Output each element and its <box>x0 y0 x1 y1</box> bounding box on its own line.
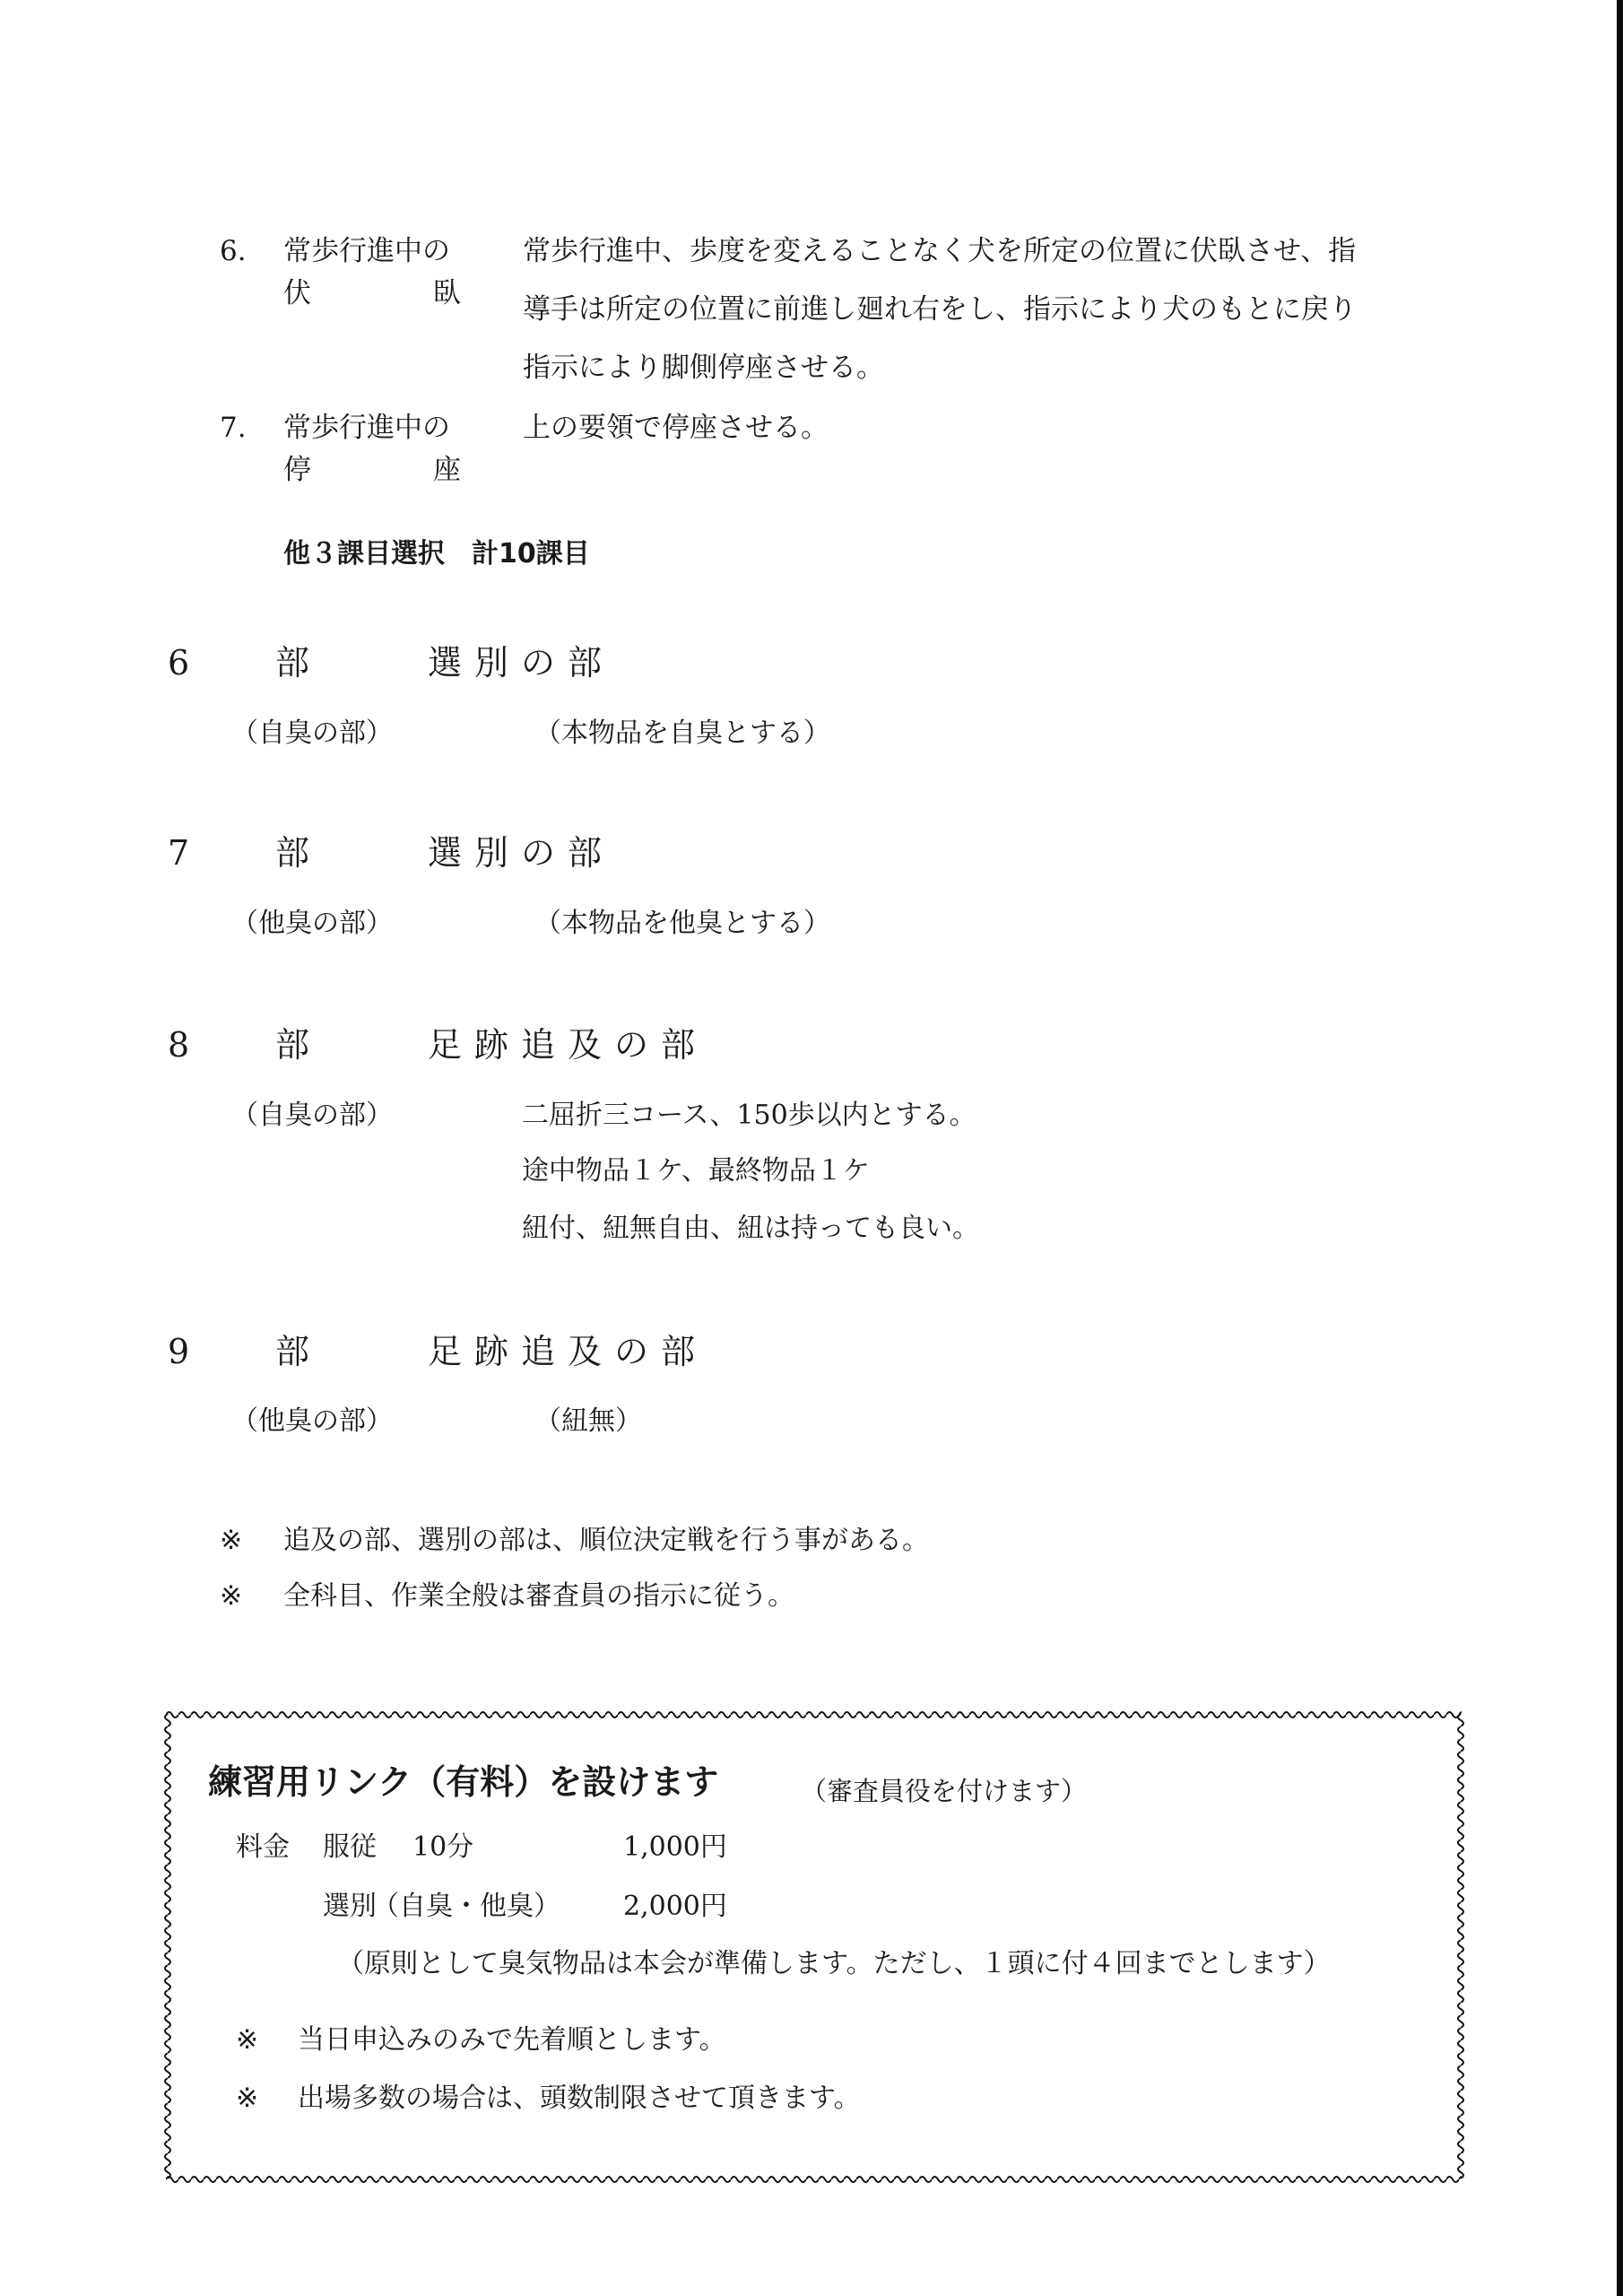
note-mark: ※ <box>220 1527 242 1554</box>
fee-item: 選別 <box>323 1893 377 1920</box>
item-description-line: 指示により脚側停座させる。 <box>523 354 884 382</box>
section-detail: （本物品を自臭とする） <box>534 720 830 747</box>
section-number: 6 <box>168 646 202 680</box>
selection-summary: 他３課目選択 計10課目 <box>283 531 590 570</box>
fee-item: 服従 <box>323 1834 377 1861</box>
section-number: 8 <box>168 1028 202 1062</box>
item-label-left: 伏 <box>283 280 311 308</box>
section-title: 足跡追及の部 <box>428 1335 707 1369</box>
scan-edge-bar <box>1617 0 1623 2296</box>
section-sub-label: （自臭の部） <box>231 720 393 747</box>
section-bu: 部 <box>275 1028 322 1062</box>
item-description-line: 上の要領で停座させる。 <box>523 414 829 442</box>
fee-note: （原則として臭気物品は本会が準備します。ただし、１頭に付４回までとします） <box>337 1951 1331 1978</box>
section-sub-label: （自臭の部） <box>231 1102 393 1129</box>
item-description-line: 導手は所定の位置に前進し廻れ右をし、指示により犬のもとに戻り <box>523 296 1357 324</box>
section-title: 選別の部 <box>428 646 614 680</box>
item-number: 7. <box>220 414 247 442</box>
item-label-right: 臥 <box>433 280 461 308</box>
fee-detail: 10分 <box>412 1834 473 1861</box>
section-detail: 二屈折三コース、150歩以内とする。 <box>522 1102 976 1129</box>
section-number: 7 <box>168 836 202 870</box>
item-description-line: 常歩行進中、歩度を変えることなく犬を所定の位置に伏臥させ、指 <box>523 238 1356 265</box>
section-detail: 途中物品１ケ、最終物品１ケ <box>522 1158 870 1185</box>
section-title: 足跡追及の部 <box>428 1028 707 1062</box>
item-number: 6. <box>220 238 247 265</box>
item-label-line2: 伏 臥 <box>283 280 461 308</box>
practice-rink-box: 練習用リンク（有料）を設けます （審査員役を付けます） 料金 服従 10分 1,… <box>161 1709 1466 2184</box>
box-note-mark: ※ <box>236 2027 258 2054</box>
box-heading: 練習用リンク（有料）を設けます <box>208 1765 718 1799</box>
item-label-right: 座 <box>433 457 461 484</box>
note-mark: ※ <box>220 1583 242 1610</box>
section-sub-label: （他臭の部） <box>231 910 393 937</box>
fee-price: 2,000円 <box>623 1893 727 1920</box>
section-detail: （本物品を他臭とする） <box>534 910 830 937</box>
item-label-line1: 常歩行進中の <box>283 414 450 442</box>
section-detail: （紐無） <box>534 1408 642 1435</box>
item-label-line1: 常歩行進中の <box>283 238 450 265</box>
section-bu: 部 <box>275 836 322 870</box>
fee-label: 料金 <box>236 1834 290 1861</box>
note-text: 全科目、作業全般は審査員の指示に従う。 <box>283 1583 794 1610</box>
section-sub-label: （他臭の部） <box>231 1408 393 1435</box>
section-bu: 部 <box>275 1335 322 1369</box>
box-note-text: 出場多数の場合は、頭数制限させて頂きます。 <box>298 2085 861 2112</box>
fee-price: 1,000円 <box>623 1834 727 1861</box>
note-text: 追及の部、選別の部は、順位決定戦を行う事がある。 <box>283 1527 929 1554</box>
section-title: 選別の部 <box>428 836 614 870</box>
box-heading-note: （審査員役を付けます） <box>801 1771 1087 1808</box>
section-bu: 部 <box>275 646 322 680</box>
box-note-mark: ※ <box>236 2085 258 2112</box>
fee-detail: （自臭・他臭） <box>372 1893 560 1920</box>
section-number: 9 <box>168 1335 202 1369</box>
box-note-text: 当日申込みのみで先着順とします。 <box>298 2027 726 2054</box>
item-label-line2: 停 座 <box>283 457 461 484</box>
section-detail: 紐付、紐無自由、紐は持っても良い。 <box>522 1215 979 1242</box>
item-label-left: 停 <box>283 457 311 484</box>
